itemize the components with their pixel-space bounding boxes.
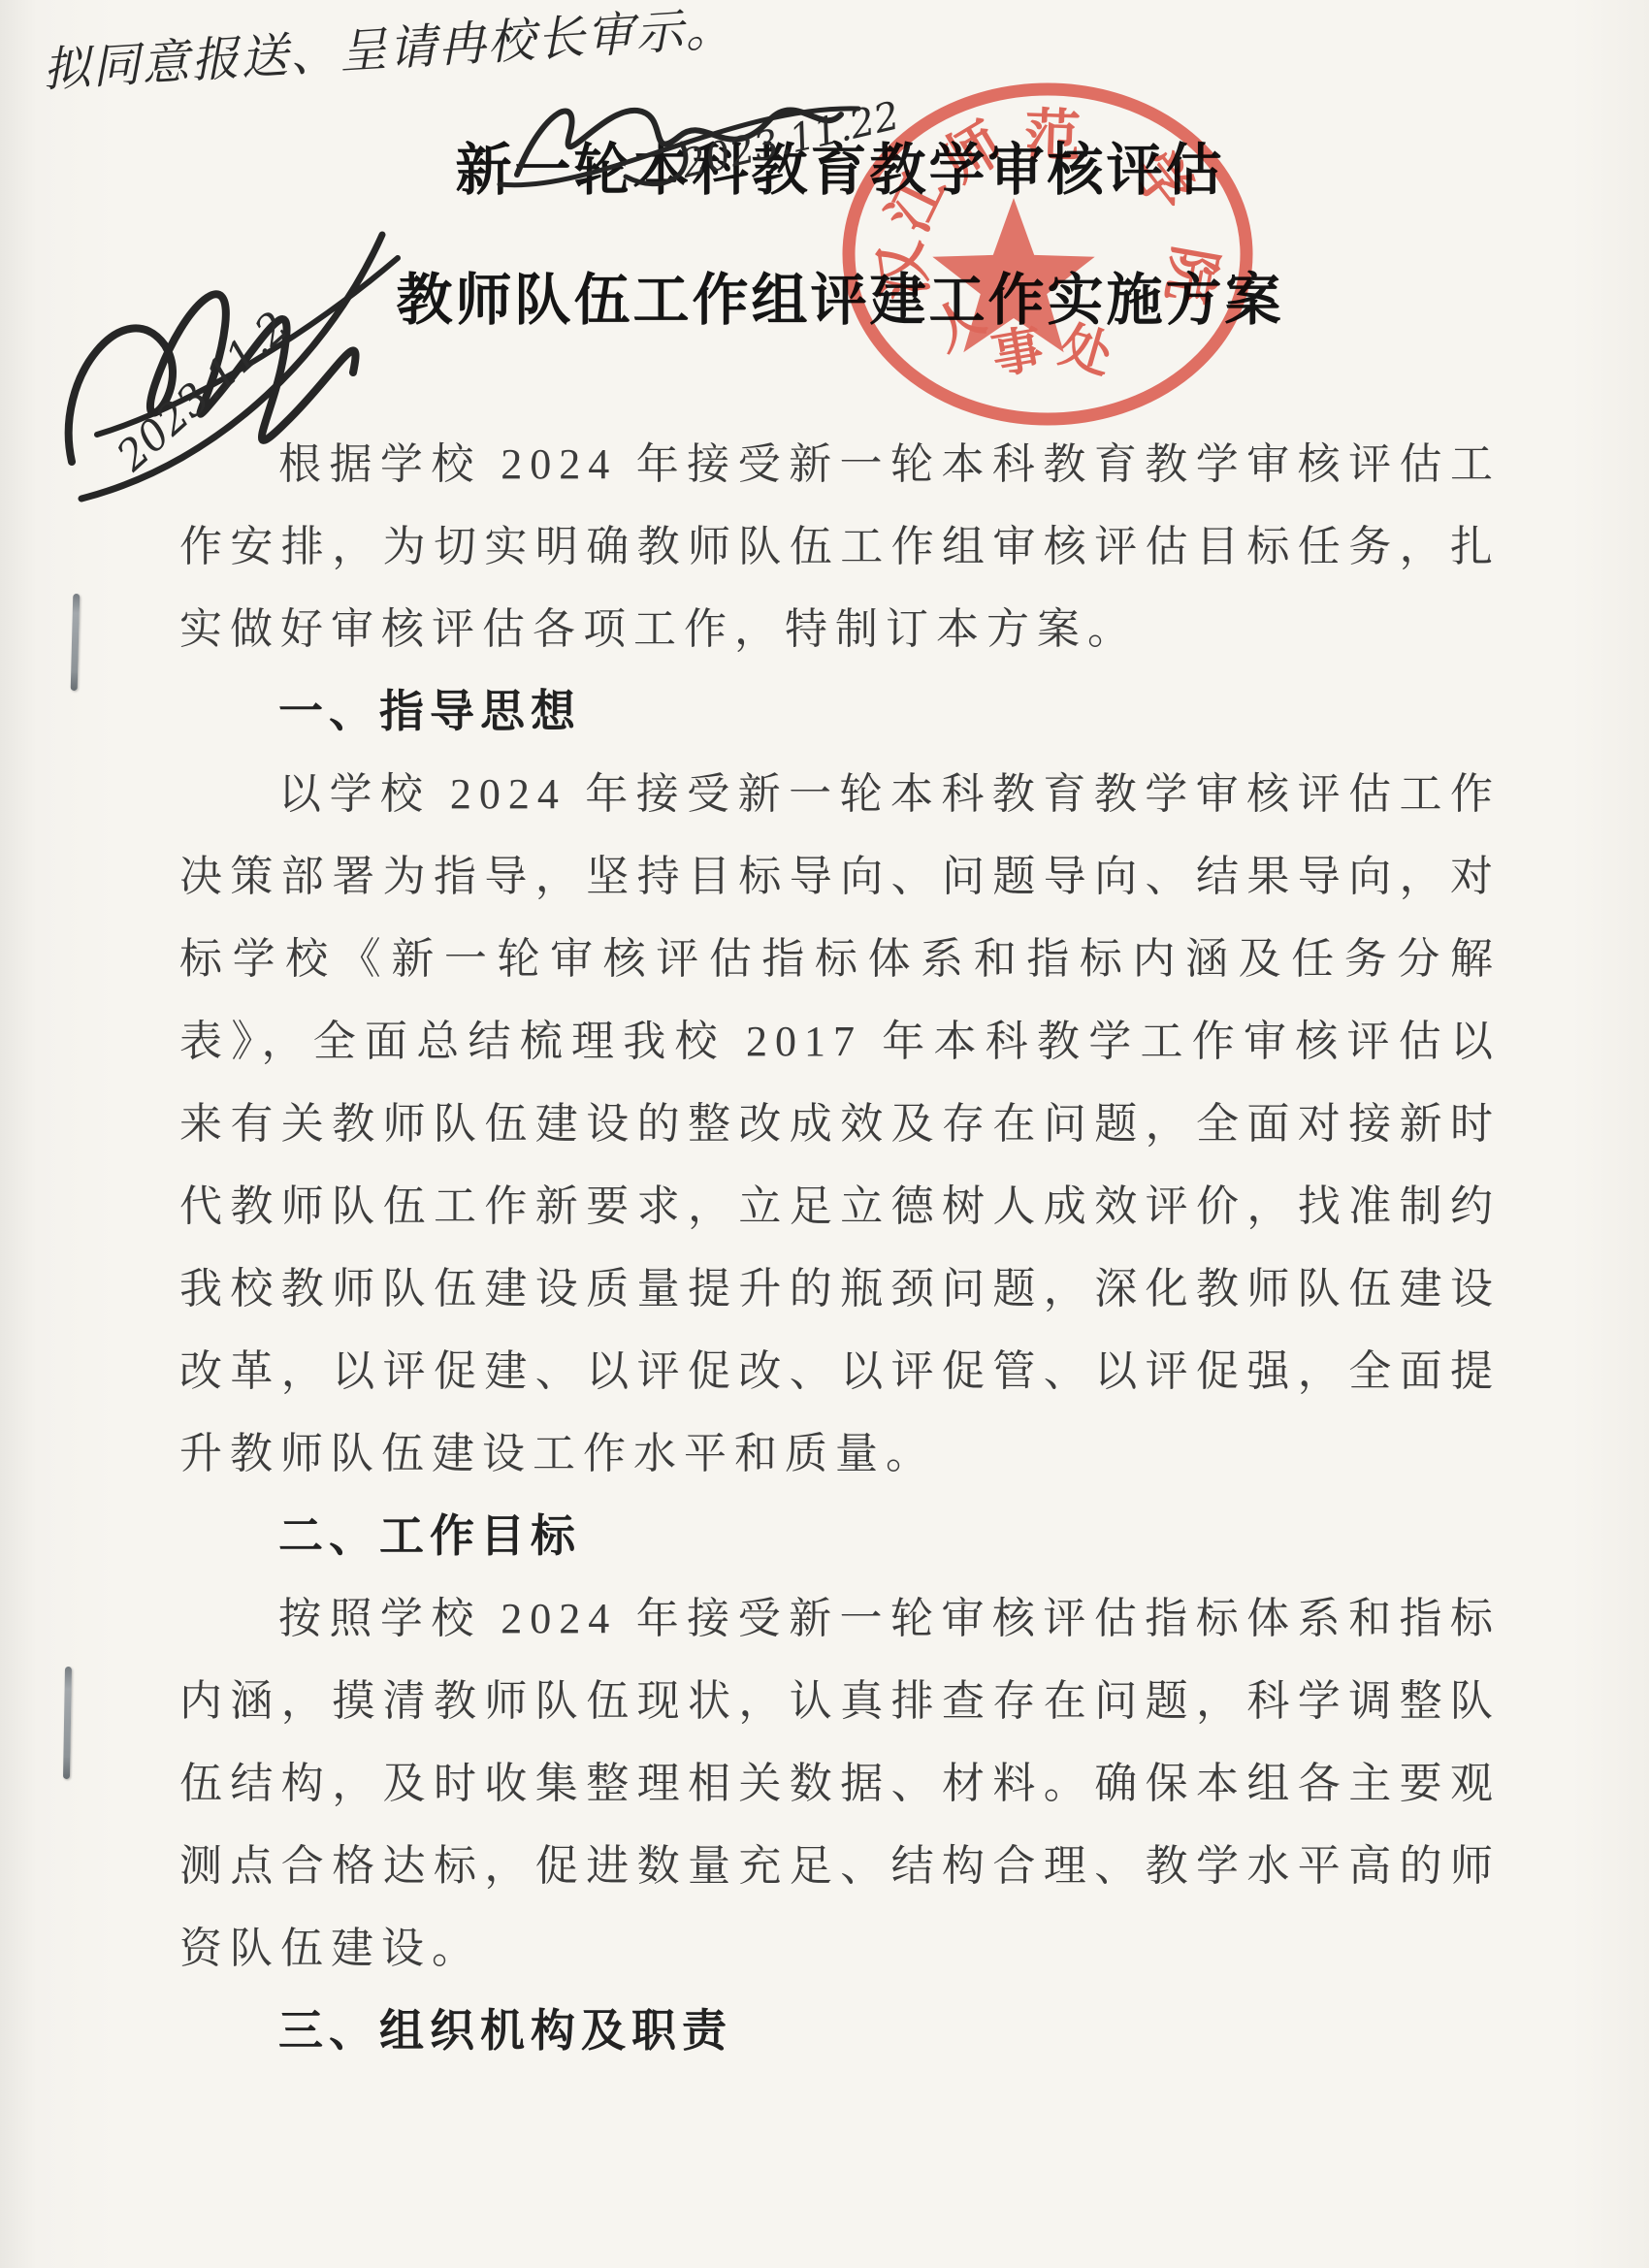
document-body: 根据学校 2024 年接受新一轮本科教育教学审核评估工作安排，为切实明确教师队伍… (179, 423, 1501, 2072)
staple (71, 594, 81, 691)
section-heading: 二、工作目标 (179, 1495, 1501, 1577)
scanned-document-page: 新一轮本科教育教学审核评估 教师队伍工作组评建工作实施方案 根据学校 2024 … (0, 0, 1649, 2268)
body-paragraph: 以学校 2024 年接受新一轮本科教育教学审核评估工作决策部署为指导，坚持目标导… (179, 753, 1501, 1495)
seal-text: 汉江师范学院人事处 (868, 104, 1227, 385)
seal-char: 学 (1120, 140, 1205, 223)
seal-char: 事 (987, 321, 1047, 385)
body-paragraph: 按照学校 2024 年接受新一轮审核评估指标体系和指标内涵，摸清教师队伍现状，认… (179, 1577, 1501, 1990)
seal-char: 处 (1054, 317, 1118, 385)
seal-char: 院 (1155, 242, 1227, 308)
section-heading: 三、组织机构及职责 (179, 1990, 1501, 2072)
seal-char: 师 (932, 112, 1013, 195)
seal-char: 汉 (868, 238, 939, 303)
staple (63, 1667, 72, 1779)
seal-char: 范 (1023, 104, 1082, 169)
official-seal-stamp: 汉江师范学院人事处 (834, 68, 1290, 446)
section-heading: 一、指导思想 (179, 670, 1501, 753)
